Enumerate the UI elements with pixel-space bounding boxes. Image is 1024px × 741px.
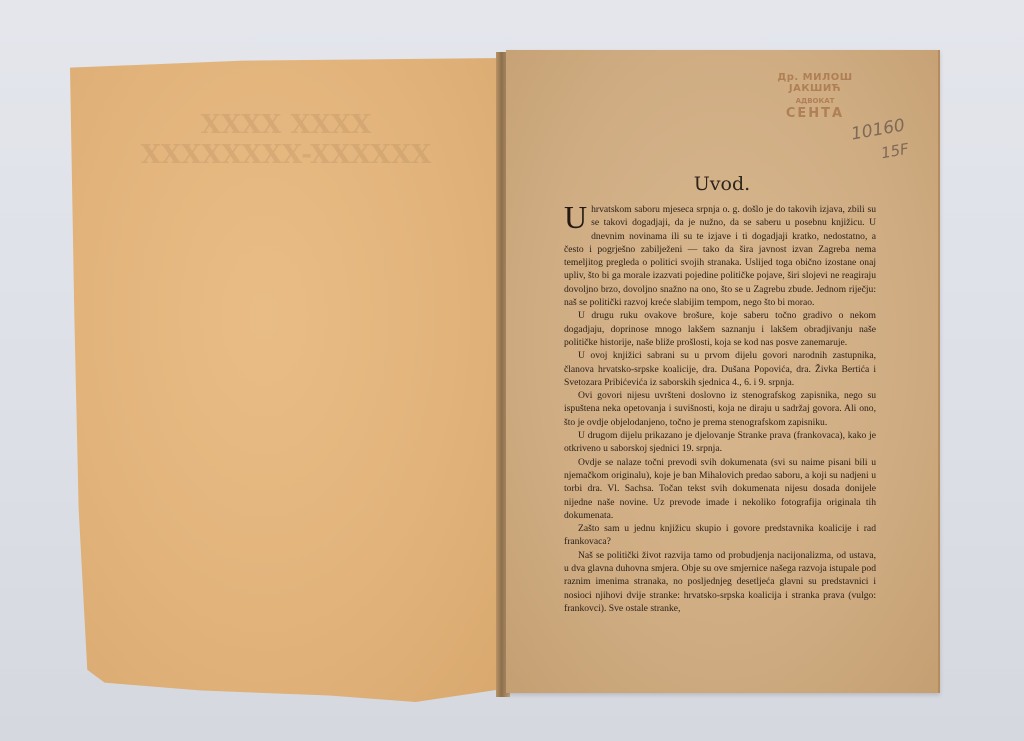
drop-cap: U: [564, 204, 587, 230]
paragraph: Ovi govori nijesu uvršteni doslovno iz s…: [564, 389, 876, 429]
left-page: XXXX XXXX XXXXXXXX-XXXXXX: [70, 58, 502, 702]
paragraph: Ovdje se nalaze točni prevodi svih dokum…: [564, 456, 876, 522]
paragraph: Zašto sam u jednu knjižicu skupio i govo…: [564, 522, 876, 549]
show-through-title: XXXX XXXX XXXXXXXX-XXXXXX: [120, 110, 452, 170]
ownership-stamp: Др. МИЛОШ ЈАКШИЋ АДВОКАТ СЕНТА: [750, 72, 880, 121]
paragraph: U drugu ruku ovakove brošure, koje saber…: [564, 309, 876, 349]
paragraph: Naš se politički život razvija tamo od p…: [564, 549, 876, 615]
stamp-line-2: АДВОКАТ: [750, 97, 880, 105]
right-page: Др. МИЛОШ ЈАКШИЋ АДВОКАТ СЕНТА 10160 15F…: [506, 50, 940, 693]
page-body: Uhrvatskom saboru mjeseca srpnja o. g. d…: [564, 203, 876, 615]
paragraph: U drugom dijelu prikazano je djelovanje …: [564, 429, 876, 456]
stamp-line-1: Др. МИЛОШ ЈАКШИЋ: [750, 72, 880, 94]
pencil-note-2: 15F: [880, 140, 910, 163]
page-title: Uvod.: [506, 173, 938, 195]
paragraph: U ovoj knjižici sabrani su u prvom dijel…: [564, 349, 876, 389]
stamp-line-3: СЕНТА: [750, 106, 880, 121]
paragraph: Uhrvatskom saboru mjeseca srpnja o. g. d…: [564, 203, 876, 309]
